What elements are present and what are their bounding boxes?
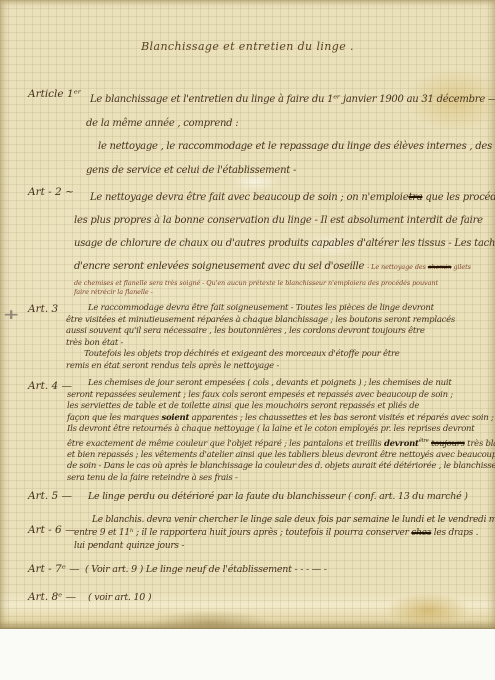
text-segment: apparentes ; les chaussettes et les bas … xyxy=(189,413,493,423)
handwritten-line: très bon état - xyxy=(66,338,455,350)
handwritten-line: remis en état seront rendus tels après l… xyxy=(66,361,455,373)
text-segment: devront xyxy=(384,438,419,448)
text-segment: Le blanchissage et l'entretien du linge … xyxy=(90,94,495,105)
text-segment: usage de chlorure de chaux ou d'autres p… xyxy=(74,238,495,249)
handwritten-line: Le blanchis. devra venir chercher le lin… xyxy=(74,514,495,527)
text-segment: Le nettoyage devra être fait avec beauco… xyxy=(90,192,408,203)
text-segment: et bien repassés ; les vêtements d'ateli… xyxy=(67,450,495,460)
text-segment: aussi souvent qu'il sera nécessaire , le… xyxy=(66,326,425,336)
article-7-body: ( Voir art. 9 ) Le linge neuf de l'établ… xyxy=(85,563,327,577)
handwritten-line: ( Voir art. 9 ) Le linge neuf de l'établ… xyxy=(85,563,327,577)
article-4-label: Art. 4 — xyxy=(28,380,72,392)
text-segment: de chemises et flanelle sera très soigné… xyxy=(74,279,438,287)
text-segment: être xyxy=(419,438,429,444)
handwritten-line: usage de chlorure de chaux ou d'autres p… xyxy=(74,232,495,255)
text-segment: ( Voir art. 9 ) Le linge neuf de l'établ… xyxy=(85,564,327,575)
article-3-label: Art. 3 xyxy=(28,303,58,315)
handwritten-line: de chemises et flanelle sera très soigné… xyxy=(74,279,495,288)
article-6-label: Art - 6 — xyxy=(28,524,76,536)
handwritten-line: Toutefois les objets trop déchirés et ex… xyxy=(66,349,455,361)
text-segment: sera tenu de la faire reteindre à ses fr… xyxy=(67,473,238,483)
text-segment: tra xyxy=(408,192,422,203)
handwritten-line: Le blanchissage et l'entretien du linge … xyxy=(86,88,495,112)
text-segment: faire rétrécir la flanelle - xyxy=(74,288,153,296)
handwritten-line: de la même année , comprend : xyxy=(86,112,495,136)
pencil-cross-mark: + xyxy=(3,307,20,323)
handwritten-line: de soin - Dans le cas où après le blanch… xyxy=(67,461,495,473)
text-segment: très blancs xyxy=(465,438,495,448)
article-5-label: Art. 5 — xyxy=(28,490,72,502)
handwritten-line: seront repassées seulement ; les faux co… xyxy=(67,390,495,402)
text-segment: gilets xyxy=(451,263,470,271)
handwritten-line: et bien repassés ; les vêtements d'ateli… xyxy=(67,450,495,462)
document-title: Blanchissage et entretien du linge . xyxy=(0,40,495,53)
handwritten-line: aussi souvent qu'il sera nécessaire , le… xyxy=(66,326,455,338)
handwritten-line: Ils devront être retournés à chaque nett… xyxy=(67,424,495,436)
text-segment: gens de service et celui de l'établissem… xyxy=(86,165,296,176)
text-segment: entre 9 et 11ʰ ; il le rapportera huit j… xyxy=(74,528,411,538)
article-6-body: Le blanchis. devra venir chercher le lin… xyxy=(74,514,495,553)
handwritten-line: les plus propres à la bonne conservation… xyxy=(74,209,495,232)
handwritten-line: Le nettoyage devra être fait avec beauco… xyxy=(74,186,495,209)
article-7-label: Art - 7ᵉ — xyxy=(28,563,80,575)
text-segment: Le linge perdu ou détérioré par la faute… xyxy=(88,491,468,502)
handwritten-line: Les chemises de jour seront empesées ( c… xyxy=(67,378,495,390)
text-segment: être visitées et minutieusement réparées… xyxy=(66,315,455,325)
article-5-body: Le linge perdu ou détérioré par la faute… xyxy=(88,490,468,504)
text-segment: Le blanchis. devra venir chercher le lin… xyxy=(92,515,495,525)
text-segment: être exactement de même couleur que l'ob… xyxy=(67,438,384,448)
handwritten-line: sera tenu de la faire reteindre à ses fr… xyxy=(67,473,495,485)
article-2-label: Art - 2 ~ xyxy=(28,186,74,198)
handwritten-line: le nettoyage , le raccommodage et le rep… xyxy=(86,135,495,159)
text-segment: les plus propres à la bonne conservation… xyxy=(74,215,483,226)
text-segment: toujours xyxy=(431,438,465,448)
text-segment: chez xyxy=(411,528,431,538)
text-segment: les serviettes de table et de toilette a… xyxy=(67,401,419,411)
text-segment: - Le nettoyage des xyxy=(367,263,428,271)
text-segment: soient xyxy=(161,413,189,423)
article-2-body: Le nettoyage devra être fait avec beauco… xyxy=(74,186,495,297)
text-segment: chemin xyxy=(428,263,452,271)
text-segment: remis en état seront rendus tels après l… xyxy=(66,361,279,371)
handwritten-line: entre 9 et 11ʰ ; il le rapportera huit j… xyxy=(74,527,495,540)
text-segment: Ils devront être retournés à chaque nett… xyxy=(67,424,474,434)
article-4-body: Les chemises de jour seront empesées ( c… xyxy=(67,378,495,484)
text-segment: Les chemises de jour seront empesées ( c… xyxy=(88,378,452,388)
article-1-body: Le blanchissage et l'entretien du linge … xyxy=(86,88,495,182)
text-segment: de la même année , comprend : xyxy=(86,118,238,129)
handwritten-line: Le linge perdu ou détérioré par la faute… xyxy=(88,490,468,504)
text-segment: seront repassées seulement ; les faux co… xyxy=(67,390,453,400)
handwritten-line: d'encre seront enlevées soigneusement av… xyxy=(74,255,495,279)
article-8-label: Art. 8ᵉ — xyxy=(28,591,76,603)
text-segment: le nettoyage , le raccommodage et le rep… xyxy=(98,141,492,152)
handwritten-line: lui pendant quinze jours - xyxy=(74,540,495,553)
article-1-label: Article 1ᵉʳ xyxy=(28,88,81,100)
text-segment: lui pendant quinze jours - xyxy=(74,541,184,551)
handwritten-line: être exactement de même couleur que l'ob… xyxy=(67,436,495,450)
handwritten-line: façon que les marques soient apparentes … xyxy=(67,413,495,425)
article-8-body: ( voir art. 10 ) xyxy=(88,591,151,605)
handwritten-line: les serviettes de table et de toilette a… xyxy=(67,401,495,413)
article-3-body: Le raccommodage devra être fait soigneus… xyxy=(66,303,455,372)
handwritten-line: faire rétrécir la flanelle - xyxy=(74,288,495,297)
text-segment: les draps . xyxy=(431,528,478,538)
paper-sheet: Blanchissage et entretien du linge . + A… xyxy=(0,0,495,629)
text-segment: de soin - Dans le cas où après le blanch… xyxy=(67,461,495,471)
text-segment: Le raccommodage devra être fait soigneus… xyxy=(88,303,434,313)
handwritten-line: être visitées et minutieusement réparées… xyxy=(66,315,455,327)
text-segment: Toutefois les objets trop déchirés et ex… xyxy=(84,349,400,359)
text-segment: très bon état - xyxy=(66,338,123,348)
text-segment: d'encre seront enlevées soigneusement av… xyxy=(74,261,367,272)
text-segment: ( voir art. 10 ) xyxy=(88,592,151,603)
handwritten-line: gens de service et celui de l'établissem… xyxy=(86,159,495,183)
handwritten-line: Le raccommodage devra être fait soigneus… xyxy=(66,303,455,315)
text-segment: que les procédés xyxy=(422,192,495,203)
handwritten-line: ( voir art. 10 ) xyxy=(88,591,151,605)
text-segment: façon que les marques xyxy=(67,413,161,423)
